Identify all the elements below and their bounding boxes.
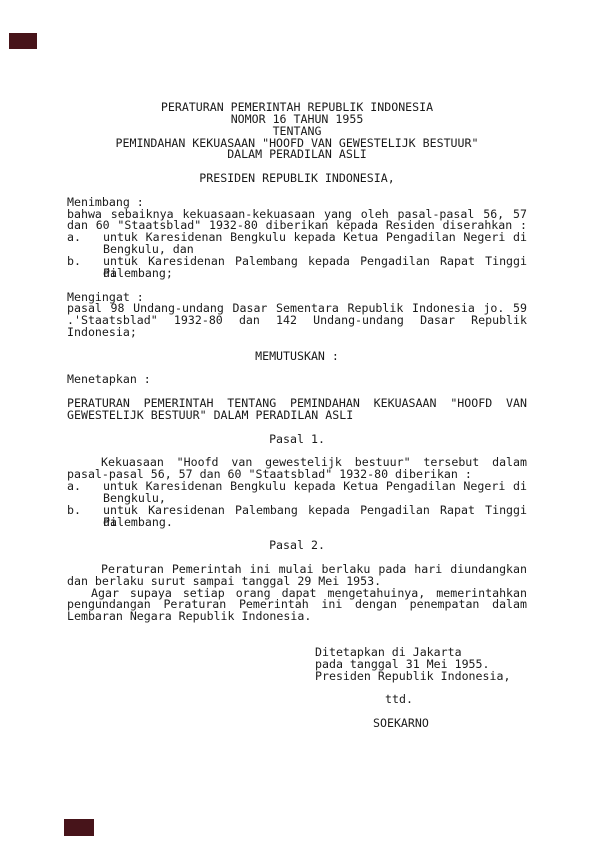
- doc-line-37: Pasal 2.: [67, 540, 527, 552]
- doc-line-text: Pasal 2.: [269, 538, 325, 552]
- doc-line-28: Pasal 1.: [67, 434, 527, 446]
- document-lines: PERATURAN PEMERINTAH REPUBLIK INDONESIAN…: [67, 102, 527, 730]
- doc-line-text: DALAM PERADILAN ASLI: [227, 147, 367, 161]
- list-marker: b.: [67, 256, 81, 268]
- list-marker: b.: [67, 505, 81, 517]
- doc-line-50: ttd.: [67, 694, 527, 706]
- document-page: PERATURAN PEMERINTAH REPUBLIK INDONESIAN…: [0, 0, 595, 842]
- artifact-mark-bottom-left: [64, 819, 94, 836]
- doc-line-text: Palembang;: [103, 266, 173, 280]
- doc-line-text: Pasal 1.: [269, 432, 325, 446]
- doc-line-43: Lembaran Negara Republik Indonesia.: [67, 611, 527, 623]
- doc-line-text: Presiden Republik Indonesia,: [315, 669, 510, 683]
- doc-line-text: SOEKARNO: [373, 716, 429, 730]
- doc-line-text: GEWESTELIJK BESTUUR" DALAM PERADILAN ASL…: [67, 408, 353, 422]
- doc-line-text: MEMUTUSKAN :: [255, 349, 339, 363]
- doc-line-23: Menetapkan :: [67, 374, 527, 386]
- list-marker: a.: [67, 232, 81, 244]
- doc-line-text: ttd.: [385, 692, 413, 706]
- doc-line-26: GEWESTELIJK BESTUUR" DALAM PERADILAN ASL…: [67, 410, 527, 422]
- doc-line-text: PRESIDEN REPUBLIK INDONESIA,: [199, 171, 394, 185]
- doc-line-44: [67, 623, 527, 635]
- doc-line-6: PRESIDEN REPUBLIK INDONESIA,: [67, 173, 527, 185]
- doc-line-text: Indonesia;: [67, 325, 137, 339]
- doc-line-21: MEMUTUSKAN :: [67, 351, 527, 363]
- doc-line-text: Menetapkan :: [67, 372, 151, 386]
- doc-line-49: [67, 682, 527, 694]
- doc-line-51: [67, 706, 527, 718]
- list-marker: a.: [67, 481, 81, 493]
- doc-line-52: SOEKARNO: [67, 718, 527, 730]
- doc-line-text: Palembang.: [103, 515, 173, 529]
- doc-line-text: Lembaran Negara Republik Indonesia.: [67, 609, 311, 623]
- doc-line-48: Presiden Republik Indonesia,: [67, 671, 527, 683]
- doc-line-35: Palembang.: [67, 517, 527, 529]
- artifact-mark-top-left: [9, 33, 37, 49]
- doc-line-text: untuk Karesidenan Bengkulu kepada Ketua …: [103, 479, 527, 493]
- doc-line-19: Indonesia;: [67, 327, 527, 339]
- doc-line-14: Palembang;: [67, 268, 527, 280]
- doc-line-4: DALAM PERADILAN ASLI: [67, 149, 527, 161]
